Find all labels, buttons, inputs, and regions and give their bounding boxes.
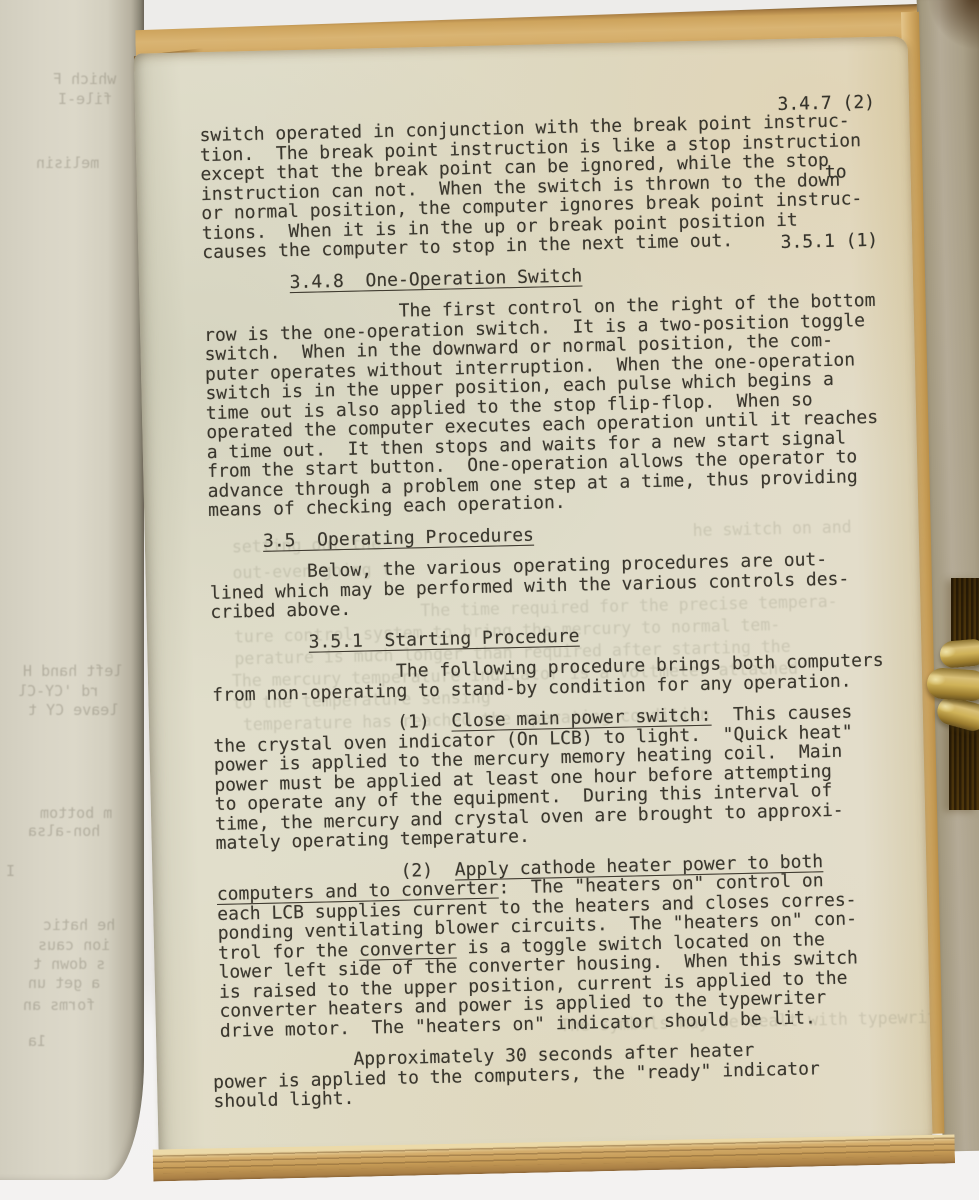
text-run: Below, the various operating procedures … <box>209 549 849 623</box>
paragraph: The following procedure brings both comp… <box>212 650 913 705</box>
paragraph: The first control on the right of the bo… <box>203 290 908 520</box>
section-heading: 3.5 Operating Procedures <box>209 517 909 552</box>
document-page: setting out theout-even going the switch… <box>134 36 933 1155</box>
paragraph: (2) Apply cathode heater power to both c… <box>216 850 920 1041</box>
section-heading: 3.4.8 One-Operation Switch <box>203 259 903 294</box>
text-run: The first control on the right of the bo… <box>203 290 878 521</box>
bleed-text: hon-alsa <box>28 822 100 840</box>
binder-clip-prong-top <box>939 638 979 669</box>
bleed-text: ion caus <box>38 936 110 954</box>
underlined-text: 3.5 Operating Procedures <box>263 524 534 551</box>
underlined-text: 3.4.8 One-Operation Switch <box>289 265 582 293</box>
text-run <box>209 530 264 552</box>
photo-background: which Ffile-Imelisinleft hand Hrd 'CY-Cl… <box>0 0 979 1200</box>
section-heading: 3.5.1 Starting Procedure <box>211 619 911 654</box>
text-run: switch operated in conjunction with the … <box>199 110 862 263</box>
text-run <box>203 272 290 295</box>
text-run: The following procedure brings both comp… <box>212 650 884 706</box>
text-run <box>211 631 309 654</box>
cover-worn-corner <box>917 0 979 102</box>
bleed-text: m bottom <box>40 804 112 822</box>
bleed-text: a get un <box>28 974 100 992</box>
bleed-text: leave CY t <box>28 701 118 719</box>
clip-knurl-bottom <box>949 724 979 810</box>
document-body: switch operated in conjunction with the … <box>199 110 921 1111</box>
bleed-text: melisin <box>36 154 99 172</box>
bleed-text: left hand H <box>23 662 122 680</box>
previous-page: which Ffile-Imelisinleft hand Hrd 'CY-Cl… <box>0 0 144 1180</box>
binder-clip-prong-middle <box>926 667 979 702</box>
bleed-text: which F <box>53 70 116 88</box>
bleed-text: he hatic <box>43 916 115 934</box>
bleed-text: rd 'CY-Cl <box>18 682 99 700</box>
paragraph: Below, the various operating procedures … <box>209 548 910 622</box>
underlined-text: 3.5.1 Starting Procedure <box>308 625 579 652</box>
bleed-text: forms an <box>23 996 95 1014</box>
bleed-text: s down t <box>33 955 105 973</box>
bleed-text: file-I <box>58 90 112 108</box>
paragraph: switch operated in conjunction with the … <box>199 110 902 262</box>
bleed-text: I <box>6 862 15 880</box>
paragraph: (1) Close main power switch: This causes… <box>213 701 916 853</box>
book: setting out theout-even going the switch… <box>125 0 979 1184</box>
bleed-text: 1a <box>28 1032 46 1050</box>
